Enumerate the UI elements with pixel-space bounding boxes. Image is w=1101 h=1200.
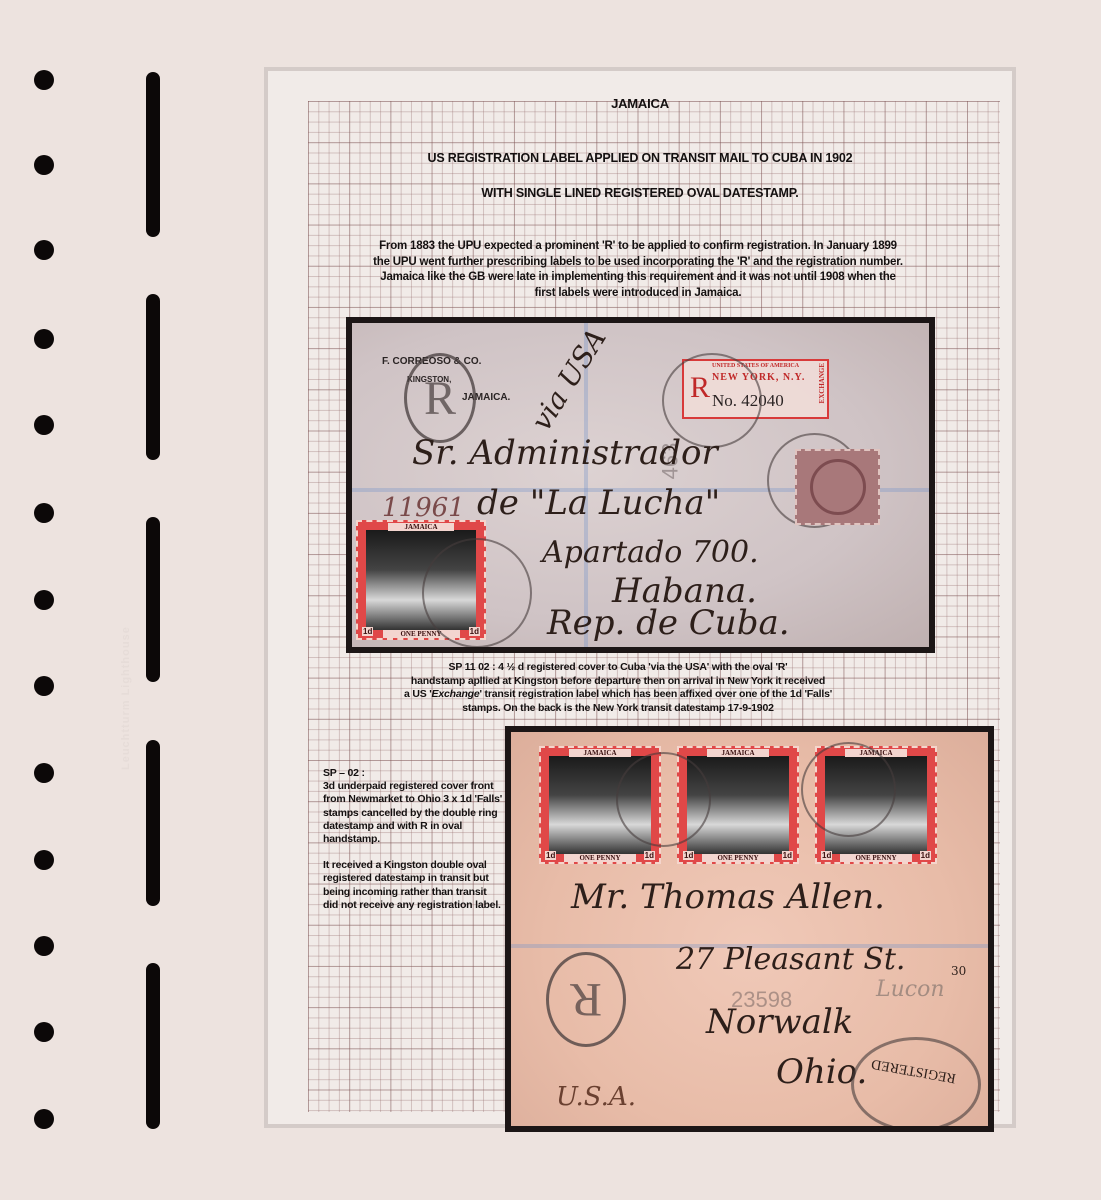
cover2-caption: SP – 02 : 3d underpaid registered cover … [323,767,503,925]
double-ring-datestamp [616,752,711,847]
binder-slot [146,517,160,682]
reference-number: 11961 [382,493,465,523]
registered-oval-datestamp [422,538,532,648]
oval-r-handstamp: R [546,952,626,1047]
routing-via-usa: via USA [525,323,613,437]
address-line-1: Mr. Thomas Allen. [571,877,885,917]
cover-to-cuba: F. CORREOSO & CO. KINGSTON, JAMAICA. R v… [346,317,935,653]
address-line-2: de "La Lucha" [477,483,720,523]
intro-line: From 1883 the UPU expected a prominent '… [318,239,958,255]
address-line-1: Sr. Administrador [412,433,718,473]
pencil-note: Lucon [876,977,945,1002]
binder-hole [34,240,54,260]
binder-hole [34,1109,54,1129]
country-heading: JAMAICA [268,96,1012,111]
manufacturer-watermark: Leuchtturm Lighthouse [120,510,140,770]
album-page: JAMAICA US REGISTRATION LABEL APPLIED ON… [264,67,1016,1128]
cover-front-to-ohio: JAMAICA ONE PENNY 1d 1d JAMAICA ONE PENN… [505,726,994,1132]
binder-hole [34,676,54,696]
binder-hole [34,70,54,90]
address-line-5: U.S.A. [556,1082,636,1112]
page-title-line1: US REGISTRATION LABEL APPLIED ON TRANSIT… [268,151,1012,165]
intro-paragraph: From 1883 the UPU expected a prominent '… [318,239,958,301]
binder-hole [34,1022,54,1042]
binder-hole [34,850,54,870]
intro-line: the UPU went further prescribing labels … [318,255,958,271]
address-line-3: Norwalk [706,1002,853,1042]
oval-r-handstamp: R [404,353,476,443]
corner-number: 30 [951,964,966,978]
binder-hole [34,590,54,610]
binder-hole [34,936,54,956]
registered-double-oval-datestamp [851,1037,981,1132]
binder-hole [34,155,54,175]
page-title-line2: WITH SINGLE LINED REGISTERED OVAL DATEST… [268,186,1012,200]
jamaica-queen-victoria-stamp [795,449,880,525]
binder-slot [146,72,160,237]
binder-hole [34,415,54,435]
binder-hole [34,763,54,783]
intro-line: Jamaica like the GB were late in impleme… [318,270,958,286]
binder-hole [34,329,54,349]
address-line-2: 27 Pleasant St. [676,942,905,977]
double-ring-datestamp [801,742,896,837]
address-line-5: Rep. de Cuba. [547,603,790,643]
address-line-3: Apartado 700. [542,535,759,570]
intro-line: first labels were introduced in Jamaica. [318,286,958,302]
binder-slot [146,294,160,460]
binder-slot [146,963,160,1129]
cover1-caption: SP 11 02 : 4 ½ d registered cover to Cub… [358,661,878,715]
binder-hole [34,503,54,523]
binder-slot [146,740,160,906]
